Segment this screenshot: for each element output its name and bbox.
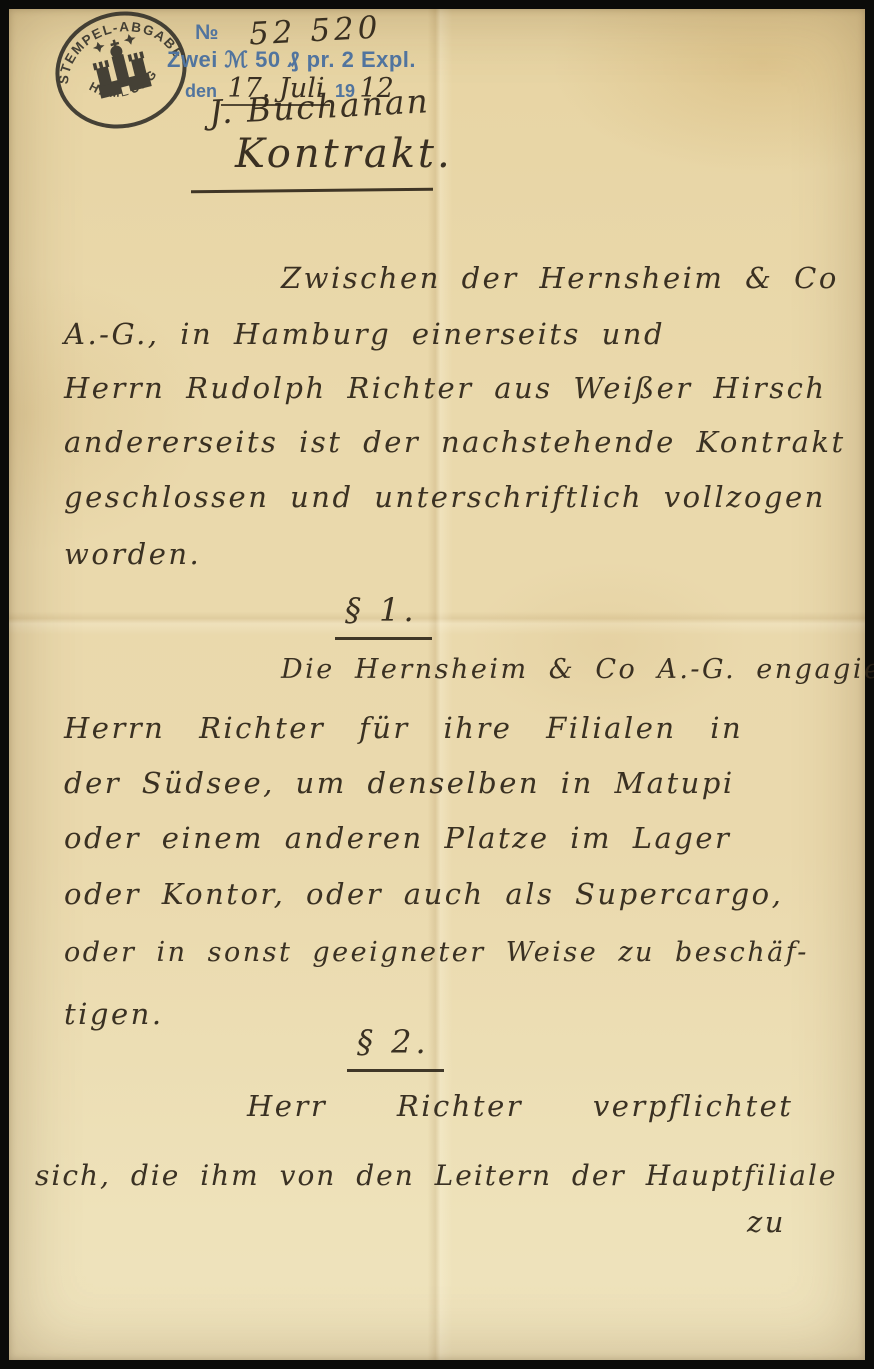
paragraph2-line4: oder einem anderen Platze im Lager: [64, 821, 731, 855]
paragraph1-line6: worden.: [64, 537, 201, 571]
document-paper: STEMPEL-ABGABE HAMBURG: [9, 9, 865, 1360]
title-underline: [191, 188, 433, 194]
paragraph1-line1: Zwischen der Hernsheim & Co: [281, 261, 839, 295]
stamp-fee-line: Zwei ℳ 50 ₰ pr. 2 Expl.: [167, 47, 416, 73]
section2-heading: § 2.: [347, 1023, 444, 1072]
paragraph3-line3: zu: [747, 1205, 786, 1239]
scanned-document-photo: STEMPEL-ABGABE HAMBURG: [0, 0, 874, 1369]
paragraph1-line2: A.-G., in Hamburg einerseits und: [64, 317, 665, 351]
stamp-number-value-handwritten: 52 520: [248, 10, 382, 53]
document-title: Kontrakt.: [235, 131, 453, 177]
paragraph3-line1: Herr Richter verpflichtet: [247, 1089, 793, 1123]
paragraph1-line5: geschlossen und unterschriftlich vollzog…: [64, 480, 826, 514]
section1-heading: § 1.: [335, 591, 432, 640]
hamburg-castle-seal-icon: STEMPEL-ABGABE HAMBURG: [34, 0, 208, 149]
paragraph2-line3: der Südsee, um denselben in Matupi: [64, 766, 735, 800]
paragraph2-line7: tigen.: [64, 997, 164, 1031]
paragraph1-line4: andererseits ist der nachstehende Kontra…: [64, 425, 846, 459]
stamp-number-label: №: [195, 21, 218, 45]
paragraph2-line5: oder Kontor, oder auch als Supercargo,: [64, 877, 783, 911]
paragraph2-line6: oder in sonst geeigneter Weise zu beschä…: [64, 937, 809, 968]
paragraph1-line3: Herrn Rudolph Richter aus Weißer Hirsch: [64, 371, 827, 405]
paragraph3-line2: sich, die ihm von den Leitern der Hauptf…: [35, 1159, 837, 1192]
paragraph2-line2: Herrn Richter für ihre Filialen in: [64, 711, 743, 745]
paragraph2-line1: Die Hernsheim & Co A.-G. engagiert: [281, 654, 874, 685]
stempel-abgabe-seal: STEMPEL-ABGABE HAMBURG: [34, 0, 208, 149]
